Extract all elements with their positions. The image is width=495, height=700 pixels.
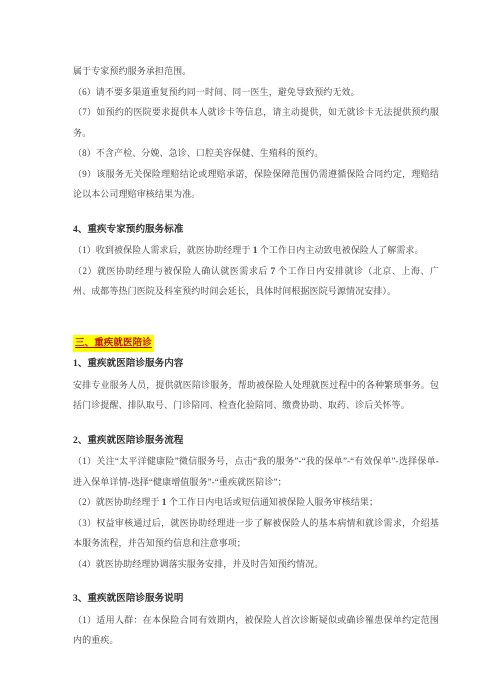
text-run: 2、重疾就医陪诊服务流程: [73, 436, 183, 446]
sub-heading: 1、重疾就医陪诊服务内容: [73, 354, 439, 375]
text-run: （2）就医协助经理与被保险人确认就医需求后: [73, 266, 271, 276]
sub-heading: 3、重疾就医陪诊服务说明: [73, 589, 439, 610]
paragraph: （2）就医协助经理与被保险人确认就医需求后 7 个工作日内安排就诊（北京、上海、…: [73, 261, 439, 302]
text-run: （1）收到被保险人需求后，就医协助经理于: [73, 245, 253, 255]
text-run: （3）权益审核通过后，就医协助经理进一步了解被保险人的基本病情和就诊需求，介绍基…: [73, 518, 439, 549]
text-run: 1、重疾就医陪诊服务内容: [73, 359, 183, 369]
text-run: 个工作日内主动致电被保险人了解需求。: [257, 245, 423, 255]
text-run: （4）就医协助经理协调落实服务安排，并及时告知预约情况。: [73, 559, 323, 569]
text-run: 3、重疾就医陪诊服务说明: [73, 594, 183, 604]
paragraph: （9）该服务无关保险理赔结论或理赔承诺，保险保障范围仍需遵循保险合同约定，理赔结…: [73, 164, 439, 205]
text-run: （8）不含产检、分娩、急诊、口腔美容保健、生殖科的预约。: [73, 148, 323, 158]
paragraph: （4）就医协助经理协调落实服务安排，并及时告知预约情况。: [73, 554, 439, 575]
paragraph: （8）不含产检、分娩、急诊、口腔美容保健、生殖科的预约。: [73, 143, 439, 164]
text-run: （9）该服务无关保险理赔结论或理赔承诺，保险保障范围仍需遵循保险合同约定，理赔结…: [73, 169, 439, 200]
text-run: 个工作日内电话或短信通知被保险人服务审核结果；: [166, 497, 378, 507]
paragraph: 安排专业服务人员，提供就医陪诊服务，帮助被保险人处理就医过程中的各种繁琐事务。包…: [73, 375, 439, 416]
paragraph: （7）如预约的医院要求提供本人就诊卡等信息，请主动提供，如无就诊卡无法提供预约服…: [73, 102, 439, 143]
paragraph: （3）权益审核通过后，就医协助经理进一步了解被保险人的基本病情和就诊需求，介绍基…: [73, 513, 439, 554]
text-run: （7）如预约的医院要求提供本人就诊卡等信息，请主动提供，如无就诊卡无法提供预约服…: [73, 107, 439, 138]
paragraph: （6）请不要多渠道重复预约同一时间、同一医生，避免导致预约无效。: [73, 82, 439, 103]
paragraph: （2）就医协助经理于 1 个工作日内电话或短信通知被保险人服务审核结果；: [73, 492, 439, 513]
highlighted-heading-text: 三、重疾就医陪诊: [73, 335, 154, 352]
document-page: 属于专家预约服务承担范围。（6）请不要多渠道重复预约同一时间、同一医生，避免导致…: [0, 0, 495, 700]
sub-heading: 4、重疾专家预约服务标准: [73, 220, 439, 241]
text-run: 安排专业服务人员，提供就医陪诊服务，帮助被保险人处理就医过程中的各种繁琐事务。包…: [73, 380, 439, 411]
section-heading: 三、重疾就医陪诊: [73, 333, 439, 355]
text-run: 三、重疾就医陪诊: [75, 339, 152, 349]
text-run: （1）适用人群：在本保险合同有效期内，被保险人首次诊断疑似或确诊罹患保单约定范围…: [73, 615, 439, 646]
text-run: 属于专家预约服务承担范围。: [73, 66, 191, 76]
sub-heading: 2、重疾就医陪诊服务流程: [73, 431, 439, 452]
text-run: （1）关注“太平洋健康险”微信服务号，点击“我的服务”-“我的保单”-“有效保单…: [73, 456, 439, 487]
paragraph: （1）适用人群：在本保险合同有效期内，被保险人首次诊断疑似或确诊罹患保单约定范围…: [73, 610, 439, 651]
paragraph: （1）收到被保险人需求后，就医协助经理于 1 个工作日内主动致电被保险人了解需求…: [73, 240, 439, 261]
text-run: （6）请不要多渠道重复预约同一时间、同一医生，避免导致预约无效。: [73, 87, 360, 97]
text-run: 4、重疾专家预约服务标准: [73, 225, 183, 235]
text-run: （2）就医协助经理于: [73, 497, 162, 507]
paragraph: 属于专家预约服务承担范围。: [73, 61, 439, 82]
document-content: 属于专家预约服务承担范围。（6）请不要多渠道重复预约同一时间、同一医生，避免导致…: [73, 61, 439, 651]
paragraph: （1）关注“太平洋健康险”微信服务号，点击“我的服务”-“我的保单”-“有效保单…: [73, 451, 439, 492]
